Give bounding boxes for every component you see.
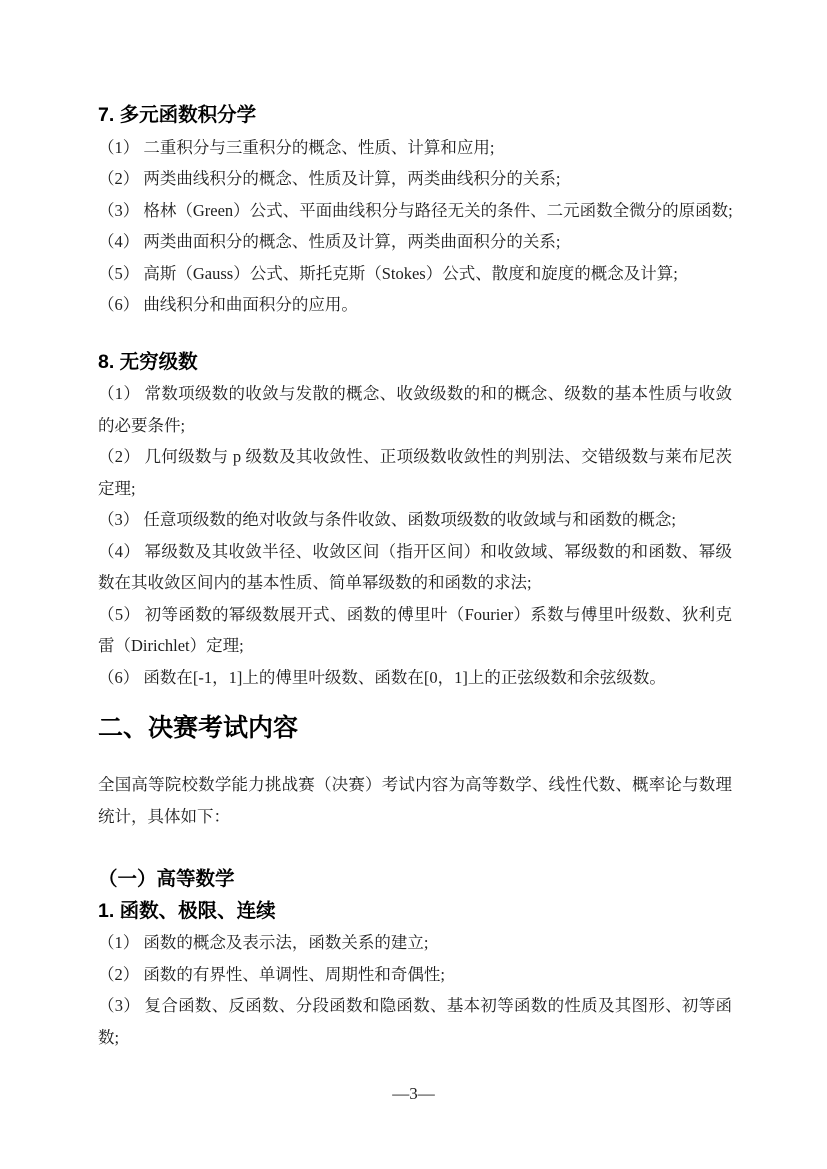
item: （3） 格林（Green）公式、平面曲线积分与路径无关的条件、二元函数全微分的原… <box>98 195 732 227</box>
chapter-heading: 二、决赛考试内容 <box>98 709 732 747</box>
section-heading: 7. 多元函数积分学 <box>98 100 732 132</box>
text-line: （6） 函数在[-1，1]上的傅里叶级数、函数在[0，1]上的正弦级数和余弦级数… <box>98 662 732 694</box>
text-line: 二、决赛考试内容 <box>98 709 732 747</box>
text-line: （3） 任意项级数的绝对收敛与条件收敛、函数项级数的收敛域与和函数的概念; <box>98 504 732 536</box>
section-heading: 8. 无穷级数 <box>98 347 732 379</box>
item: （1） 二重积分与三重积分的概念、性质、计算和应用; <box>98 132 732 164</box>
document-page: 7. 多元函数积分学（1） 二重积分与三重积分的概念、性质、计算和应用;（2） … <box>0 0 827 1169</box>
item: （2） 几何级数与 p 级数及其收敛性、正项级数收敛性的判别法、交错级数与莱布尼… <box>98 441 732 504</box>
text-line: 数; <box>98 1022 732 1054</box>
item: （6） 曲线积分和曲面积分的应用。 <box>98 289 732 321</box>
text-line: （5） 高斯（Gauss）公式、斯托克斯（Stokes）公式、散度和旋度的概念及… <box>98 258 732 290</box>
text-line: 7. 多元函数积分学 <box>98 100 732 132</box>
text-line: （4） 幂级数及其收敛半径、收敛区间（指开区间）和收敛域、幂级数的和函数、幂级 <box>98 536 732 568</box>
text-line: （1） 常数项级数的收敛与发散的概念、收敛级数的和的概念、级数的基本性质与收敛 <box>98 378 732 410</box>
text-line: 的必要条件; <box>98 410 732 442</box>
numbered-heading: 1. 函数、极限、连续 <box>98 896 732 928</box>
text-line: （6） 曲线积分和曲面积分的应用。 <box>98 289 732 321</box>
page-number: —3— <box>0 1083 827 1105</box>
item: （2） 两类曲线积分的概念、性质及计算，两类曲线积分的关系; <box>98 163 732 195</box>
text-line: （一）高等数学 <box>98 864 732 896</box>
item: （1） 常数项级数的收敛与发散的概念、收敛级数的和的概念、级数的基本性质与收敛的… <box>98 378 732 441</box>
item: （4） 两类曲面积分的概念、性质及计算，两类曲面积分的关系; <box>98 226 732 258</box>
text-line: （3） 复合函数、反函数、分段函数和隐函数、基本初等函数的性质及其图形、初等函 <box>98 990 732 1022</box>
text-line: 1. 函数、极限、连续 <box>98 896 732 928</box>
text-line: （1） 函数的概念及表示法，函数关系的建立; <box>98 927 732 959</box>
text-line: 数在其收敛区间内的基本性质、简单幂级数的和函数的求法; <box>98 567 732 599</box>
item: （6） 函数在[-1，1]上的傅里叶级数、函数在[0，1]上的正弦级数和余弦级数… <box>98 662 732 694</box>
text-line: （2） 函数的有界性、单调性、周期性和奇偶性; <box>98 959 732 991</box>
paragraph: 全国高等院校数学能力挑战赛（决赛）考试内容为高等数学、线性代数、概率论与数理统计… <box>98 769 732 832</box>
text-line: （2） 几何级数与 p 级数及其收敛性、正项级数收敛性的判别法、交错级数与莱布尼… <box>98 441 732 473</box>
sub-heading: （一）高等数学 <box>98 864 732 896</box>
text-line: 雷（Dirichlet）定理; <box>98 630 732 662</box>
item: （5） 初等函数的幂级数展开式、函数的傅里叶（Fourier）系数与傅里叶级数、… <box>98 599 732 662</box>
text-line: 统计，具体如下： <box>98 801 732 833</box>
document-body: 7. 多元函数积分学（1） 二重积分与三重积分的概念、性质、计算和应用;（2） … <box>98 100 732 1053</box>
text-line: （5） 初等函数的幂级数展开式、函数的傅里叶（Fourier）系数与傅里叶级数、… <box>98 599 732 631</box>
item: （5） 高斯（Gauss）公式、斯托克斯（Stokes）公式、散度和旋度的概念及… <box>98 258 732 290</box>
item: （3） 复合函数、反函数、分段函数和隐函数、基本初等函数的性质及其图形、初等函数… <box>98 990 732 1053</box>
text-line: （2） 两类曲线积分的概念、性质及计算，两类曲线积分的关系; <box>98 163 732 195</box>
text-line: 全国高等院校数学能力挑战赛（决赛）考试内容为高等数学、线性代数、概率论与数理 <box>98 769 732 801</box>
text-line: （4） 两类曲面积分的概念、性质及计算，两类曲面积分的关系; <box>98 226 732 258</box>
item: （3） 任意项级数的绝对收敛与条件收敛、函数项级数的收敛域与和函数的概念; <box>98 504 732 536</box>
text-line: （1） 二重积分与三重积分的概念、性质、计算和应用; <box>98 132 732 164</box>
text-line: 定理; <box>98 473 732 505</box>
text-line: （3） 格林（Green）公式、平面曲线积分与路径无关的条件、二元函数全微分的原… <box>98 195 732 227</box>
item: （1） 函数的概念及表示法，函数关系的建立; <box>98 927 732 959</box>
item: （4） 幂级数及其收敛半径、收敛区间（指开区间）和收敛域、幂级数的和函数、幂级数… <box>98 536 732 599</box>
item: （2） 函数的有界性、单调性、周期性和奇偶性; <box>98 959 732 991</box>
text-line: 8. 无穷级数 <box>98 347 732 379</box>
